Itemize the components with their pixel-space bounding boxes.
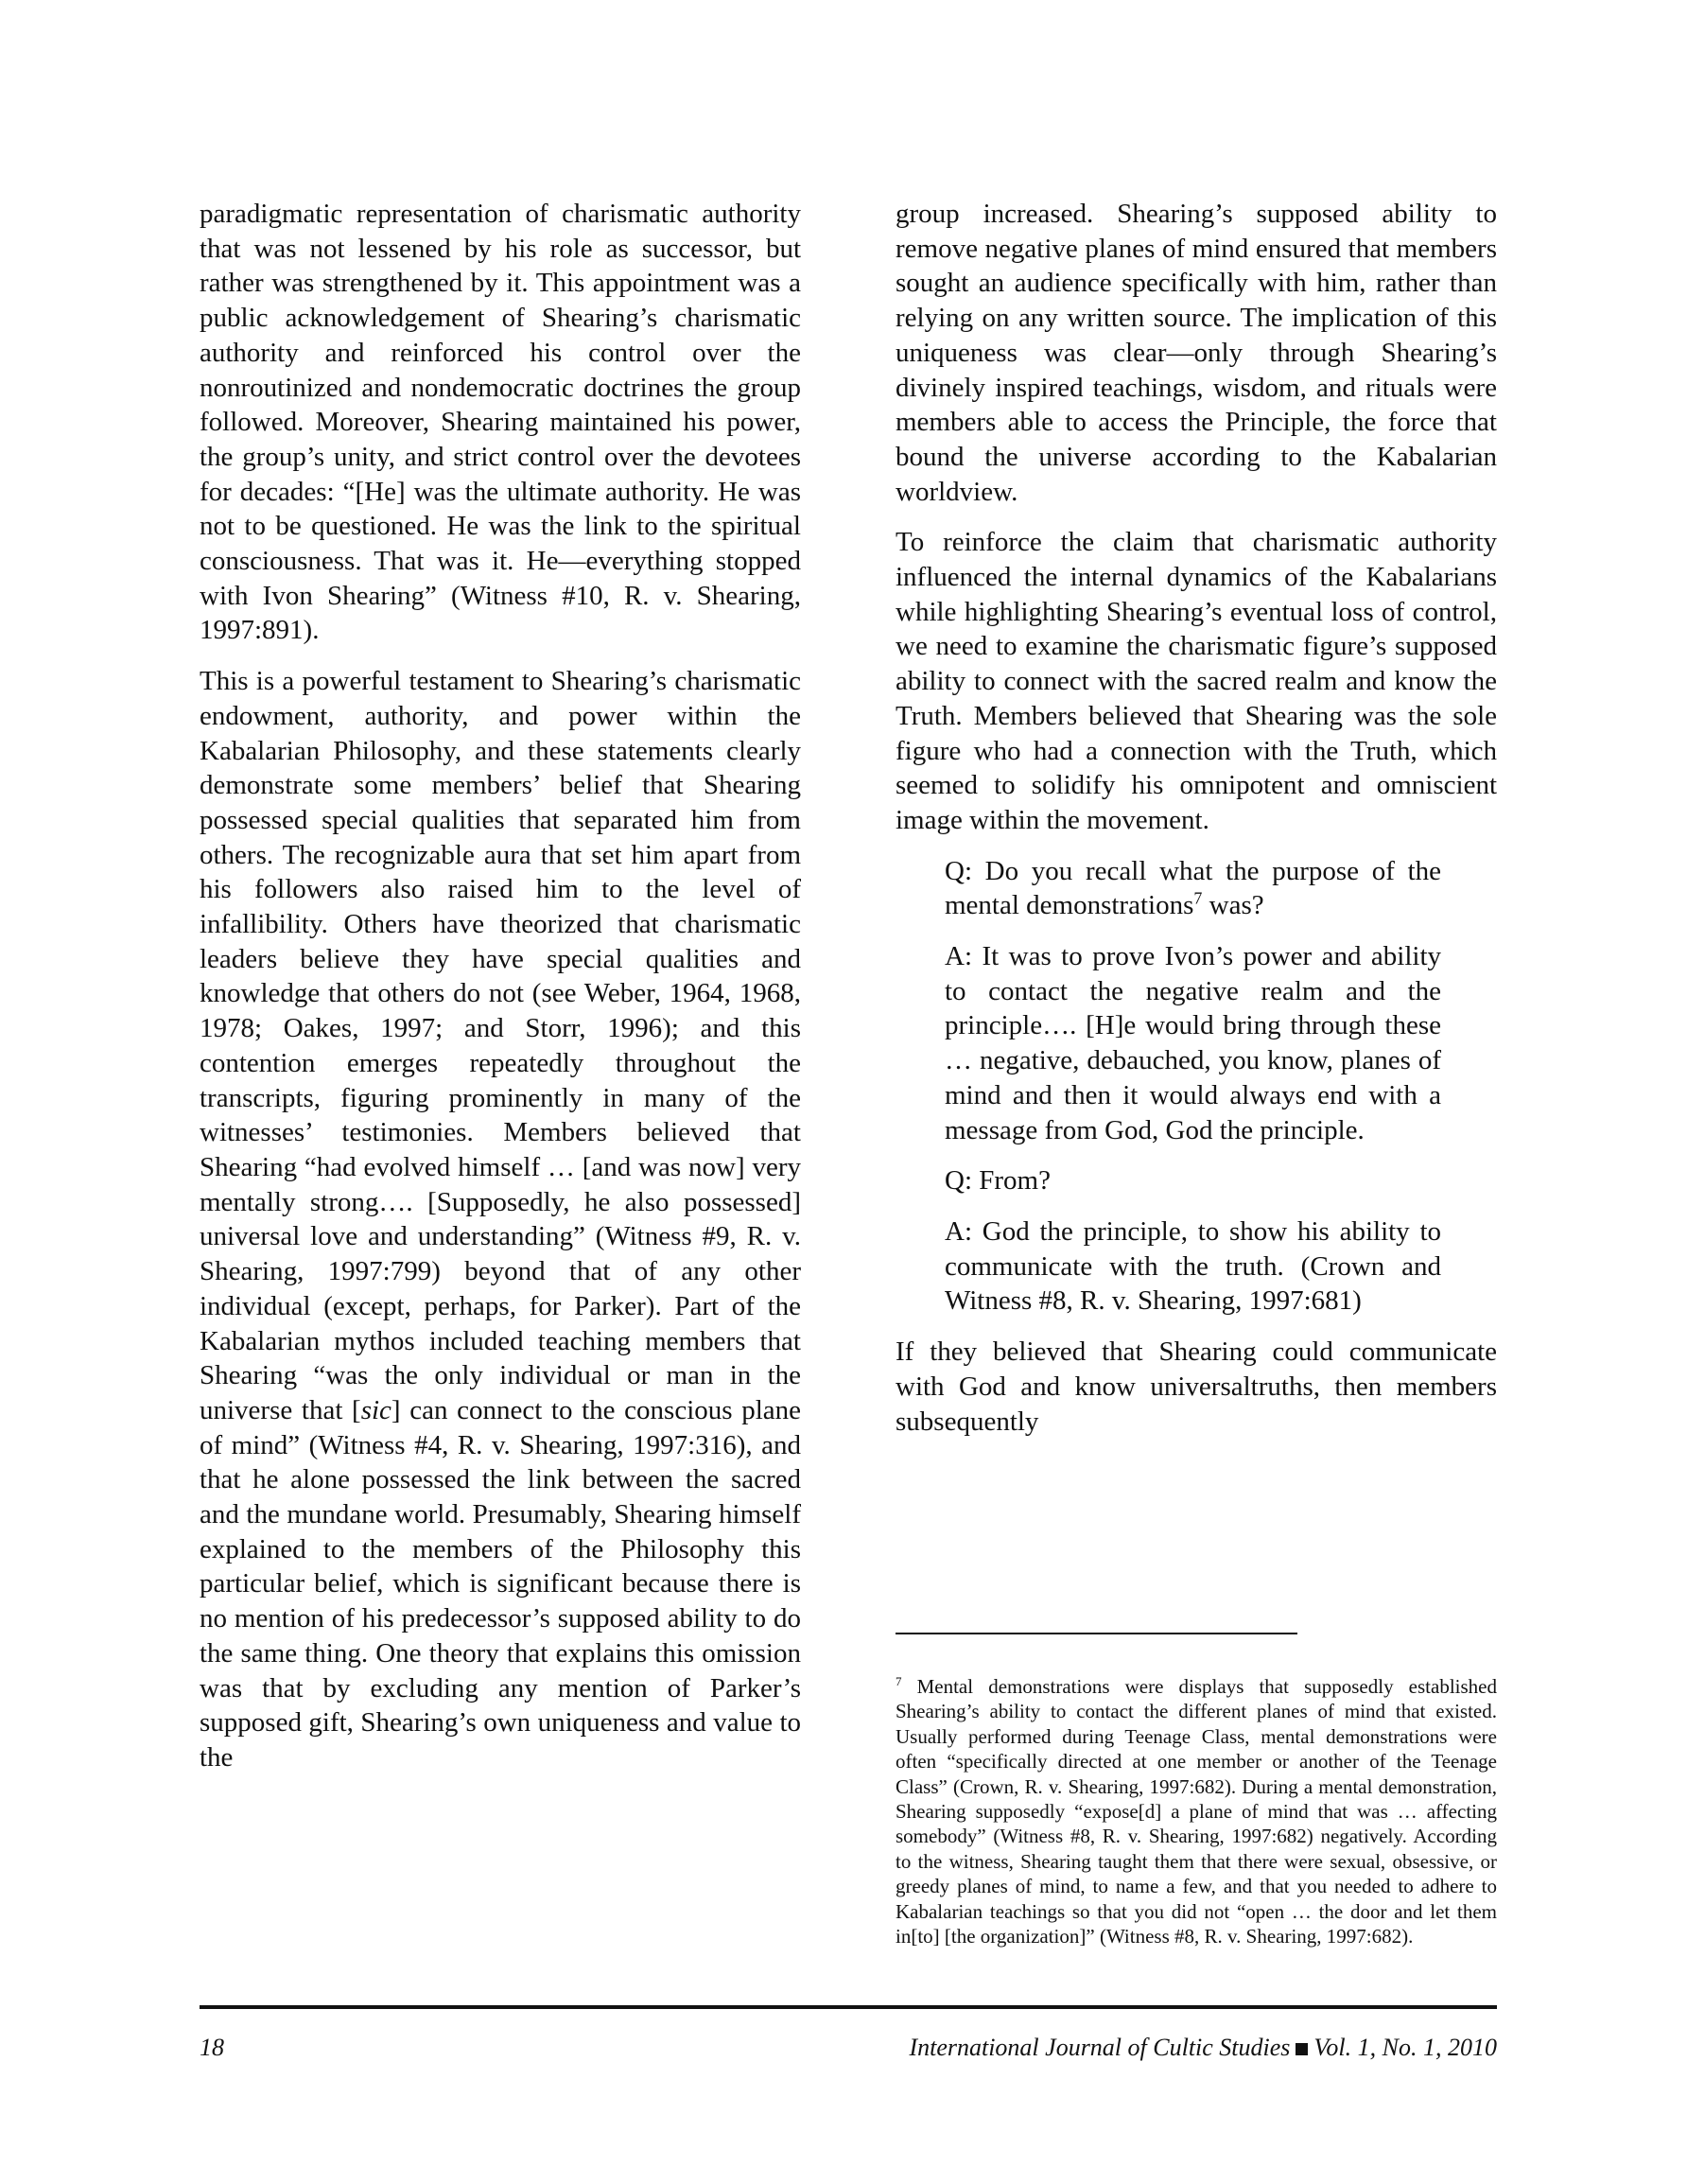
body-paragraph: This is a powerful testament to Shearing… [200,664,801,1775]
footnote-divider [896,1633,1297,1634]
body-paragraph: group increased. Shearing’s supposed abi… [896,197,1497,509]
body-paragraph: To reinforce the claim that charismatic … [896,525,1497,837]
page-number: 18 [200,2034,224,2062]
quote-question: Q: From? [945,1163,1441,1198]
journal-citation: International Journal of Cultic StudiesV… [909,2034,1497,2062]
quote-answer: A: God the principle, to show his abilit… [945,1214,1441,1319]
journal-title: International Journal of Cultic Studies [909,2034,1290,2061]
quote-answer: A: It was to prove Ivon’s power and abil… [945,939,1441,1147]
right-column: group increased. Shearing’s supposed abi… [896,197,1497,1455]
quote-question: Q: Do you recall what the purpose of the… [945,854,1441,923]
black-square-icon [1296,2043,1308,2055]
body-paragraph: paradigmatic representation of charismat… [200,197,801,648]
body-paragraph: If they believed that Shearing could com… [896,1335,1497,1439]
sic-italic: sic [361,1395,391,1425]
journal-volume: Vol. 1, No. 1, 2010 [1313,2034,1497,2061]
footnote-text: Mental demonstrations were displays that… [896,1675,1497,1948]
testimony-quote: Q: Do you recall what the purpose of the… [945,854,1441,1319]
left-column: paradigmatic representation of charismat… [200,197,801,1791]
footnote: 7 Mental demonstrations were displays th… [896,1674,1497,1948]
footer-divider [200,2005,1497,2009]
